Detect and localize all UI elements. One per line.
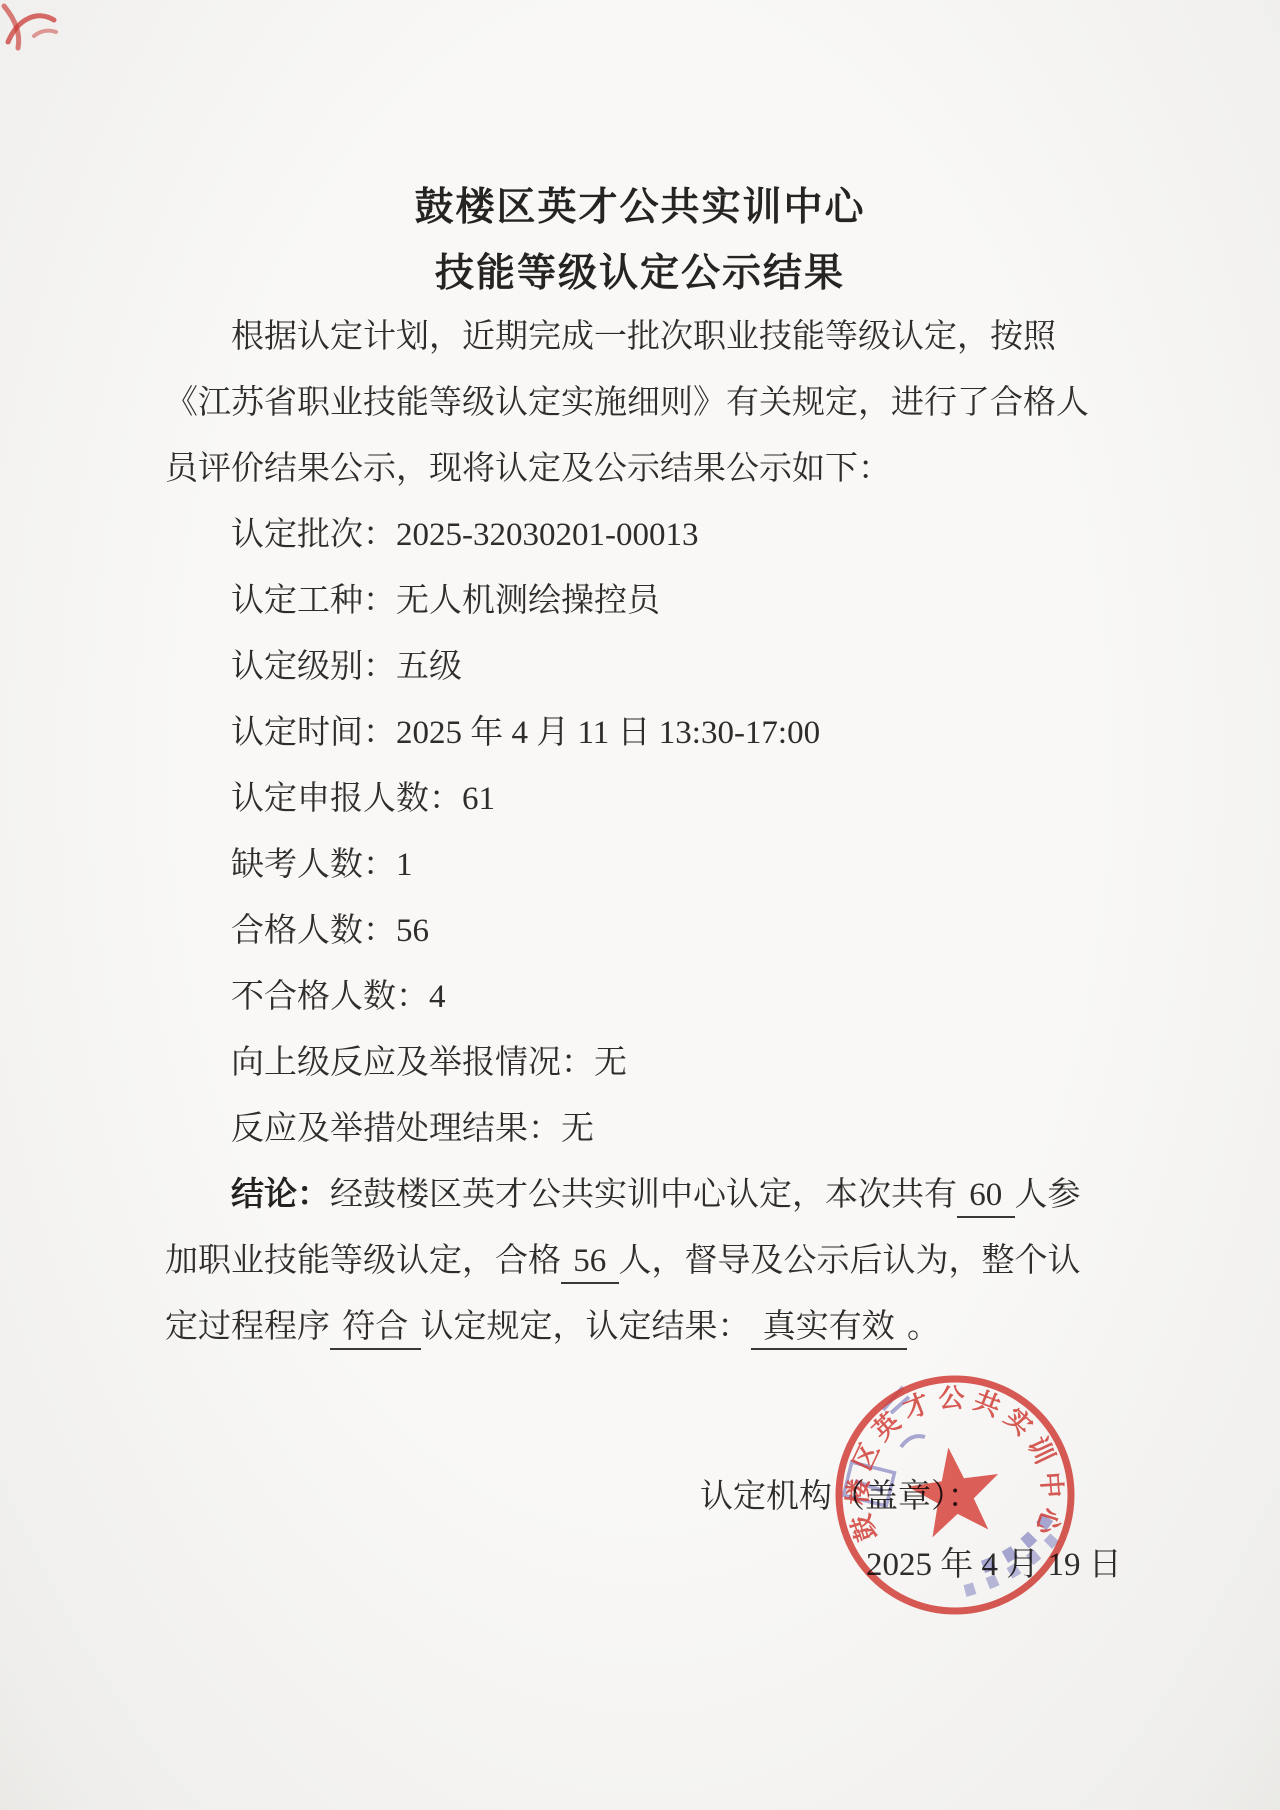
detail-line-absent: 缺考人数：1 (165, 832, 1150, 898)
detail-line-occupation: 认定工种：无人机测绘操控员 (165, 568, 1150, 634)
conclusion-text: 加职业技能等级认定，合格 (165, 1243, 561, 1279)
intro-line: 员评价结果公示，现将认定及公示结果公示如下： (165, 436, 1150, 502)
conclusion-text: 认定规定，认定结果： (421, 1309, 751, 1345)
doc-title-line1: 鼓楼区英才公共实训中心 (0, 176, 1280, 232)
official-stamp: 鼓楼区英才公共实训中心 (815, 1355, 1095, 1635)
passed-count-underlined: 56 (561, 1243, 619, 1284)
intro-line: 《江苏省职业技能等级认定实施细则》有关规定，进行了合格人 (165, 370, 1150, 436)
conformity-underlined: 符合 (330, 1309, 421, 1350)
doc-title-line2: 技能等级认定公示结果 (0, 242, 1280, 298)
doc-body: 根据认定计划，近期完成一批次职业技能等级认定，按照 《江苏省职业技能等级认定实施… (165, 304, 1150, 1360)
detail-line-batch: 认定批次：2025-32030201-00013 (165, 502, 1150, 568)
intro-line: 根据认定计划，近期完成一批次职业技能等级认定，按照 (165, 304, 1150, 370)
conclusion-line-3: 定过程程序 符合 认定规定，认定结果： 真实有效 。 (165, 1294, 1150, 1360)
conclusion-line-2: 加职业技能等级认定，合格 56 人，督导及公示后认为，整个认 (165, 1228, 1150, 1294)
conclusion-label: 结论： (231, 1177, 330, 1213)
conclusion-text: 人参 (1015, 1177, 1081, 1213)
conclusion-text: 定过程程序 (165, 1309, 330, 1345)
document-page: 鼓楼区英才公共实训中心 技能等级认定公示结果 根据认定计划，近期完成一批次职业技… (0, 0, 1280, 1810)
conclusion-text: 人，督导及公示后认为，整个认 (619, 1243, 1081, 1279)
detail-line-report: 向上级反应及举报情况：无 (165, 1030, 1150, 1096)
conclusion-line-1: 结论：经鼓楼区英才公共实训中心认定，本次共有 60 人参 (165, 1162, 1150, 1228)
result-validity-underlined: 真实有效 (751, 1309, 908, 1350)
detail-line-handling: 反应及举措处理结果：无 (165, 1096, 1150, 1162)
conclusion-text: 经鼓楼区英才公共实训中心认定，本次共有 (330, 1177, 957, 1213)
star-icon (903, 1441, 1005, 1540)
detail-line-applicants: 认定申报人数：61 (165, 766, 1150, 832)
detail-line-level: 认定级别：五级 (165, 634, 1150, 700)
seal-red-parts: 鼓楼区英才公共实训中心 (839, 1379, 1071, 1611)
conclusion-text: 。 (907, 1309, 940, 1345)
detail-line-failed: 不合格人数：4 (165, 964, 1150, 1030)
participants-count-underlined: 60 (957, 1177, 1015, 1218)
detail-line-passed: 合格人数：56 (165, 898, 1150, 964)
corner-ink-marks (0, 0, 100, 70)
detail-line-time: 认定时间：2025 年 4 月 11 日 13:30-17:00 (165, 700, 1150, 766)
